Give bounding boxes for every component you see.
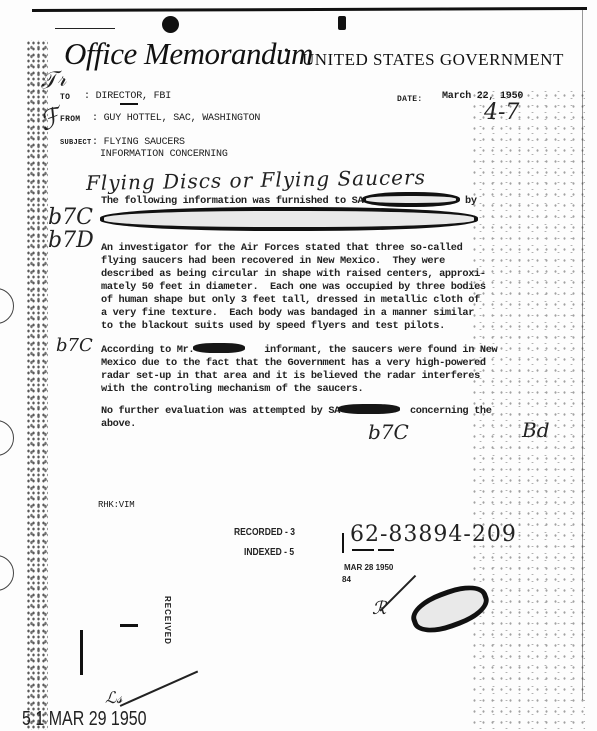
from-value: : GUY HOTTEL, SAC, WASHINGTON [92, 113, 260, 124]
punch-hole [0, 288, 14, 324]
date-label: DATE: [397, 95, 423, 104]
subject-line-2: INFORMATION CONCERNING [100, 149, 228, 160]
vertical-received-stamp: RECEIVED [163, 596, 172, 645]
handwritten-scribble: ℛ [372, 598, 386, 619]
file-bar [342, 533, 344, 553]
typist-initials: RHK:VIM [98, 500, 134, 510]
received-date-stamp: MAR 28 1950 [344, 563, 393, 572]
exemption-note-right: b7C [368, 420, 409, 444]
to-label: TO [60, 93, 70, 102]
intro-by: by [465, 195, 477, 208]
exemption-note-b7d: b7D [48, 228, 94, 253]
body-line: No further evaluation was attempted by S… [101, 405, 492, 418]
memo-page: Office Memorandum • UNITED STATES GOVERN… [0, 0, 597, 731]
exemption-note-b7c: b7C [48, 205, 93, 230]
received-code: 84 [342, 575, 351, 584]
handwritten-date-corner: 4-7 [484, 100, 519, 125]
body-line: with the controling mechanism of the sau… [101, 383, 363, 396]
file-number: 62-83894-209 [350, 522, 517, 547]
signature-line [120, 670, 198, 706]
ink-blot [338, 16, 346, 30]
handwritten-title: Flying Discs or Flying Saucers [86, 165, 426, 195]
body-line: of human shape but only 3 feet tall, dre… [101, 294, 480, 307]
dash-mark [120, 624, 138, 627]
indexed-stamp: INDEXED - 5 [244, 547, 294, 558]
ink-blot [162, 16, 179, 33]
body-line: radar set-up in that area and it is beli… [101, 370, 480, 383]
handwritten-initials-right: Bd [522, 418, 550, 442]
memo-title: Office Memorandum [64, 36, 313, 72]
body-line: flying saucers had been recovered in New… [101, 255, 445, 268]
body-line: mately 50 feet in diameter. Each one was… [101, 281, 486, 294]
top-rule [32, 7, 587, 12]
redaction-large [100, 207, 478, 231]
to-value: : DIRECTOR, FBI [84, 91, 171, 102]
underline-mark [120, 103, 138, 105]
bottom-date-stamp: 5 1 MAR 29 1950 [22, 708, 147, 731]
subject-label: SUBJECT [60, 139, 92, 147]
body-line: above. [101, 418, 136, 431]
body-line: described as being circular in shape wit… [101, 268, 486, 281]
exemption-note-b7c-2: b7C [56, 335, 93, 356]
underline-mark [378, 549, 394, 551]
left-edge-speckle [26, 40, 48, 730]
body-line: An investigator for the Air Forces state… [101, 242, 462, 255]
handwritten-initials-top: 𝒯𝓇 [38, 66, 67, 94]
body-line: to the blackout suits used by speed flye… [101, 320, 445, 333]
body-line: a very fine texture. Each body was banda… [101, 307, 474, 320]
redaction [338, 404, 400, 414]
margin-bar [80, 630, 83, 675]
form-tag [55, 26, 115, 29]
agency-name: UNITED STATES GOVERNMENT [302, 50, 564, 70]
punch-hole [0, 555, 14, 591]
recorded-stamp: RECORDED - 3 [234, 527, 295, 538]
header-separator: • [284, 44, 289, 60]
handwritten-signature: ℒ𝓈 [105, 688, 122, 708]
punch-hole [0, 420, 14, 456]
subject-line-1: : FLYING SAUCERS [92, 137, 185, 148]
body-line: According to Mr. informant, the saucers … [101, 344, 497, 357]
underline-mark [352, 549, 374, 551]
from-label: FROM [60, 115, 80, 124]
redaction [193, 343, 245, 353]
body-line: Mexico due to the fact that the Governme… [101, 357, 486, 370]
redaction [362, 192, 460, 207]
